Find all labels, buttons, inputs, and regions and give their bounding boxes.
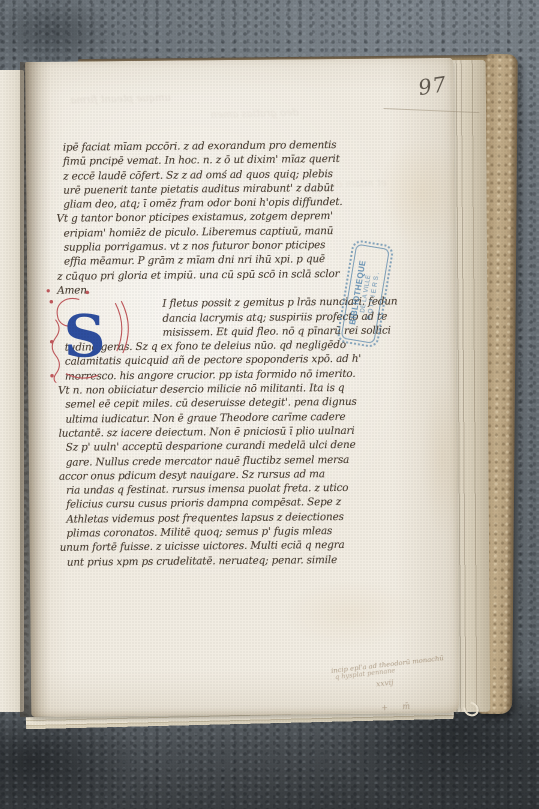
ink-showthrough: deo gratias amen: [210, 108, 298, 121]
parchment-stain: [376, 138, 467, 249]
parchment-stain: [280, 578, 421, 649]
manuscript-line: gare. Nullus crede mercator nauē fluctib…: [66, 452, 378, 469]
initial-letter: S: [63, 302, 106, 370]
marginal-note-number: xxvij: [376, 678, 394, 689]
manuscript-photo: umque pteant firma deo gratias amen quos…: [0, 0, 539, 809]
folio-number: 97: [417, 72, 449, 100]
gutter-shadow: [20, 62, 50, 717]
manuscript-page: umque pteant firma deo gratias amen quos…: [25, 58, 459, 717]
illuminated-initial: S: [45, 287, 138, 383]
ink-showthrough: umque pteant firma: [70, 93, 171, 107]
manuscript-line: z cūquo pri gloria et impiū. una cū spū …: [57, 266, 376, 283]
manuscript-line: unt prius xpm ps crudelitatē. neruateq; …: [67, 552, 379, 569]
marginal-cross-mark: + m̄: [381, 701, 416, 712]
